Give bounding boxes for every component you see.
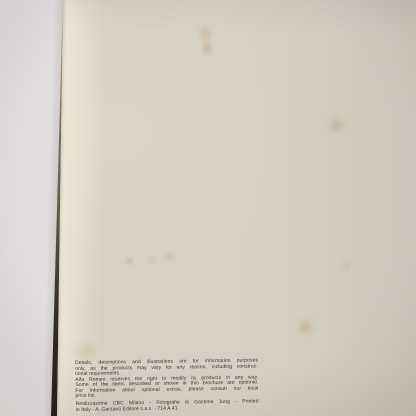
credits-line: in Italy - A. Garzanti Editore s.a.s. - … bbox=[76, 405, 259, 413]
brochure-back-page: Details, descriptions and illustrations … bbox=[0, 0, 416, 416]
footer-text-block: Details, descriptions and illustrations … bbox=[75, 358, 259, 413]
foxing-stain bbox=[163, 251, 176, 262]
foxing-stain bbox=[148, 255, 156, 263]
foxing-stain bbox=[200, 40, 214, 58]
brochure-photo: Details, descriptions and illustrations … bbox=[0, 0, 416, 416]
foxing-stain bbox=[326, 115, 347, 135]
foxing-stain bbox=[124, 256, 135, 266]
foxing-stain bbox=[295, 317, 316, 337]
credits-block: Realizzazione CBC Milano - Fotografie di… bbox=[76, 400, 259, 414]
foxing-stain bbox=[340, 260, 353, 272]
